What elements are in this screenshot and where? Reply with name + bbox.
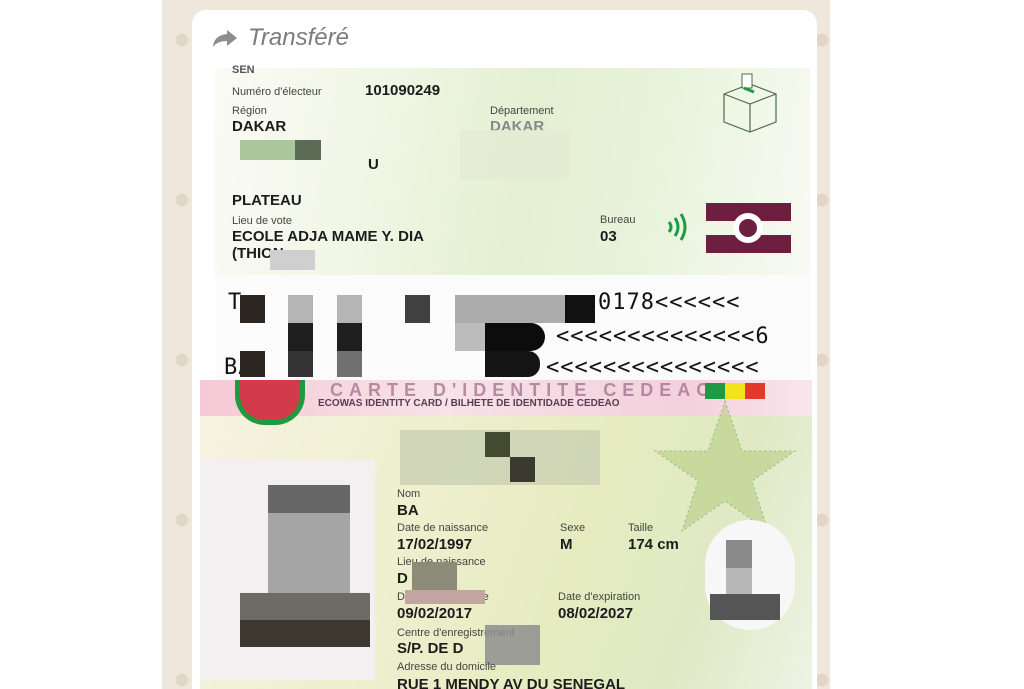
forwarded-label: Transféré xyxy=(248,24,349,52)
id-card-subtitle: ECOWAS IDENTITY CARD / BILHETE DE IDENTI… xyxy=(318,398,620,409)
address-label: Adresse du domicile xyxy=(397,661,496,673)
height-label: Taille xyxy=(628,522,653,534)
mrz-line2: <<<<<<<<<<<<<<6 xyxy=(556,324,770,349)
redaction-block xyxy=(288,351,313,377)
redaction-block xyxy=(485,351,540,377)
redaction-block xyxy=(337,295,362,323)
redaction-block xyxy=(240,593,370,620)
redaction-block xyxy=(268,513,350,593)
redaction-block xyxy=(405,295,430,323)
region-label: Région xyxy=(232,105,267,117)
redaction-block xyxy=(565,295,595,323)
polling-place-label: Lieu de vote xyxy=(232,215,292,227)
redaction-block xyxy=(485,432,510,457)
dob-label: Date de naissance xyxy=(397,522,488,534)
redaction-block xyxy=(485,323,545,351)
redaction-block xyxy=(710,594,780,620)
forward-arrow-icon xyxy=(212,28,238,48)
surname-label: Nom xyxy=(397,488,420,500)
country-code: SEN xyxy=(232,64,255,76)
mrz-line3: <<<<<<<<<<<<<<< xyxy=(546,355,760,380)
voter-number: 101090249 xyxy=(365,82,440,99)
redaction-block xyxy=(485,625,540,665)
birthplace-value: D xyxy=(397,570,408,587)
bureau-value: 03 xyxy=(600,228,617,245)
redaction-block xyxy=(460,130,570,180)
arrondissement-partial: U xyxy=(368,156,379,173)
redaction-block xyxy=(412,562,457,592)
commune-value: PLATEAU xyxy=(232,192,302,209)
ballot-box-icon xyxy=(720,72,780,134)
region-value: DAKAR xyxy=(232,118,286,135)
dob-value: 17/02/1997 xyxy=(397,536,472,553)
sex-value: M xyxy=(560,536,573,553)
bureau-label: Bureau xyxy=(600,214,635,226)
redaction-block xyxy=(268,485,350,513)
redaction-block xyxy=(510,457,535,482)
star-watermark-icon xyxy=(650,396,800,536)
surname-value: BA xyxy=(397,502,419,519)
redaction-block xyxy=(295,140,321,160)
redaction-block xyxy=(405,590,485,604)
redaction-block xyxy=(240,295,265,323)
redaction-block xyxy=(455,323,485,351)
contactless-icon xyxy=(665,208,691,246)
sex-label: Sexe xyxy=(560,522,585,534)
redaction-block xyxy=(240,620,370,647)
expiry-date-label: Date d'expiration xyxy=(558,591,640,603)
voter-number-label: Numéro d'électeur xyxy=(232,86,322,98)
redaction-block xyxy=(288,323,313,351)
redaction-block xyxy=(337,323,362,351)
redaction-block xyxy=(270,250,315,270)
expiry-date-value: 08/02/2027 xyxy=(558,605,633,622)
address-value: RUE 1 MENDY AV DU SENEGAL xyxy=(397,676,625,689)
redaction-block xyxy=(288,295,313,323)
forwarded-header: Transféré xyxy=(212,24,349,52)
polling-place-line1: ECOLE ADJA MAME Y. DIA xyxy=(232,228,424,245)
redaction-block xyxy=(726,540,752,568)
issue-date-value: 09/02/2017 xyxy=(397,605,472,622)
center-value: S/P. DE D xyxy=(397,640,463,657)
height-value: 174 cm xyxy=(628,536,679,553)
redaction-block xyxy=(337,351,362,377)
mrz-line1: 0178<<<<<< xyxy=(598,290,740,315)
chip-emblem-icon xyxy=(706,203,791,253)
redaction-block xyxy=(726,568,752,594)
department-label: Département xyxy=(490,105,554,117)
redaction-block xyxy=(240,351,265,377)
